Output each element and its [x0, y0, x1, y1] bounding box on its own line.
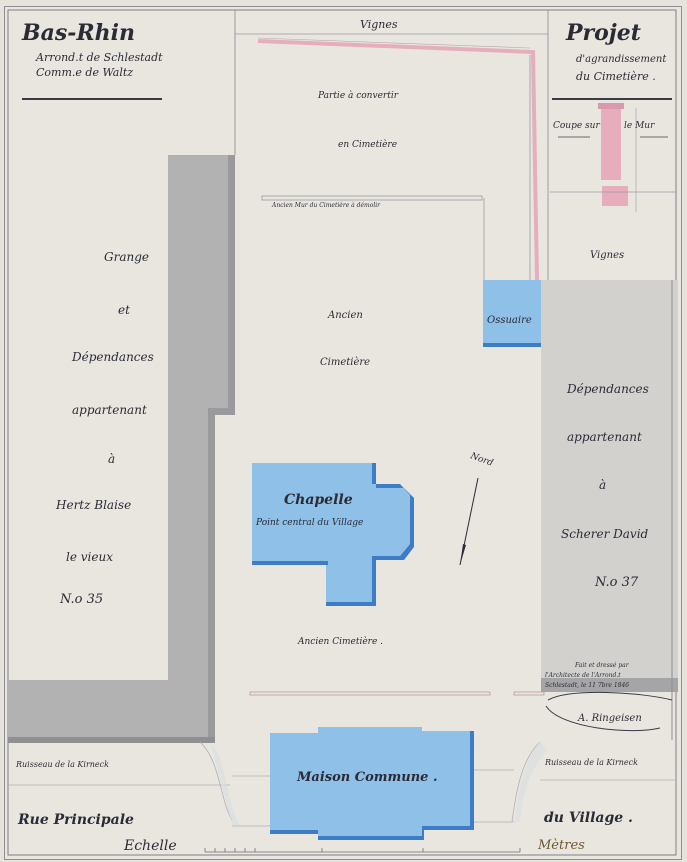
du-village-label: du Village . — [544, 810, 633, 826]
department-title: Bas-Rhin — [22, 20, 135, 46]
right-line-4: Scherer David — [561, 527, 648, 541]
project-subtitle-1: d'agrandissement — [576, 54, 666, 65]
ossuaire-label: Ossuaire — [487, 315, 532, 326]
header-left-box: Bas-Rhin Arrond.t de Schlestadt Comm.e d… — [22, 20, 162, 100]
left-line-1: Grange — [104, 250, 149, 264]
vignes-top-label: Vignes — [360, 18, 398, 31]
left-line-3: Dépendances — [72, 350, 154, 364]
rue-principale-label: Rue Principale — [18, 812, 134, 828]
chapelle-title: Chapelle — [284, 492, 353, 508]
vignes-right-label: Vignes — [590, 250, 624, 261]
left-line-2: et — [118, 303, 130, 317]
left-line-5: à — [108, 452, 115, 466]
scale-unit-label: Mètres — [538, 838, 585, 853]
maison-commune-label: Maison Commune . — [297, 770, 437, 785]
partie-label-1: Partie à convertir — [318, 91, 398, 101]
left-line-4: appartenant — [72, 403, 147, 417]
signature: A. Ringeisen — [578, 713, 642, 724]
coupe-label: Coupe sur — [553, 121, 600, 131]
right-line-3: à — [599, 478, 606, 492]
certification-line-1: Fait et dressé par — [575, 662, 629, 669]
ancien-label-1: Ancien — [328, 310, 363, 321]
left-line-7: le vieux — [66, 550, 113, 564]
scale-bar — [205, 846, 520, 854]
certification-line-3: Schlestadt, le 11 7bre 1846 — [545, 682, 629, 689]
mur-label: le Mur — [624, 121, 654, 131]
certification-line-2: l'Architecte de l'Arrond.t — [545, 672, 621, 679]
ancien-label-2: Cimetière — [320, 357, 370, 368]
ruisseau-right-label: Ruisseau de la Kirneck — [545, 758, 638, 767]
commune-label: Comm.e de Waltz — [36, 66, 133, 79]
plan-sheet: Bas-Rhin Arrond.t de Schlestadt Comm.e d… — [0, 0, 687, 862]
ancien-mur-note: Ancien Mur du Cimetière à démolir — [272, 202, 380, 209]
left-line-6: Hertz Blaise — [56, 498, 131, 512]
ruisseau-left-label: Ruisseau de la Kirneck — [16, 760, 109, 769]
project-subtitle-2: du Cimetière . — [576, 70, 656, 83]
north-arrow-icon — [455, 470, 485, 570]
left-line-8: N.o 35 — [60, 592, 103, 607]
arrondissement-label: Arrond.t de Schlestadt — [36, 51, 163, 64]
header-right-box: Projet d'agrandissement du Cimetière . — [552, 20, 672, 100]
right-line-1: Dépendances — [567, 382, 649, 396]
scale-label: Echelle — [124, 838, 177, 854]
partie-label-2: en Cimetière — [338, 140, 397, 150]
ancien-cimetiere-bottom-label: Ancien Cimetière . — [298, 637, 383, 647]
right-line-2: appartenant — [567, 430, 642, 444]
project-title: Projet — [566, 20, 641, 46]
chapelle-subtitle: Point central du Village — [256, 518, 363, 528]
right-line-5: N.o 37 — [595, 575, 638, 590]
